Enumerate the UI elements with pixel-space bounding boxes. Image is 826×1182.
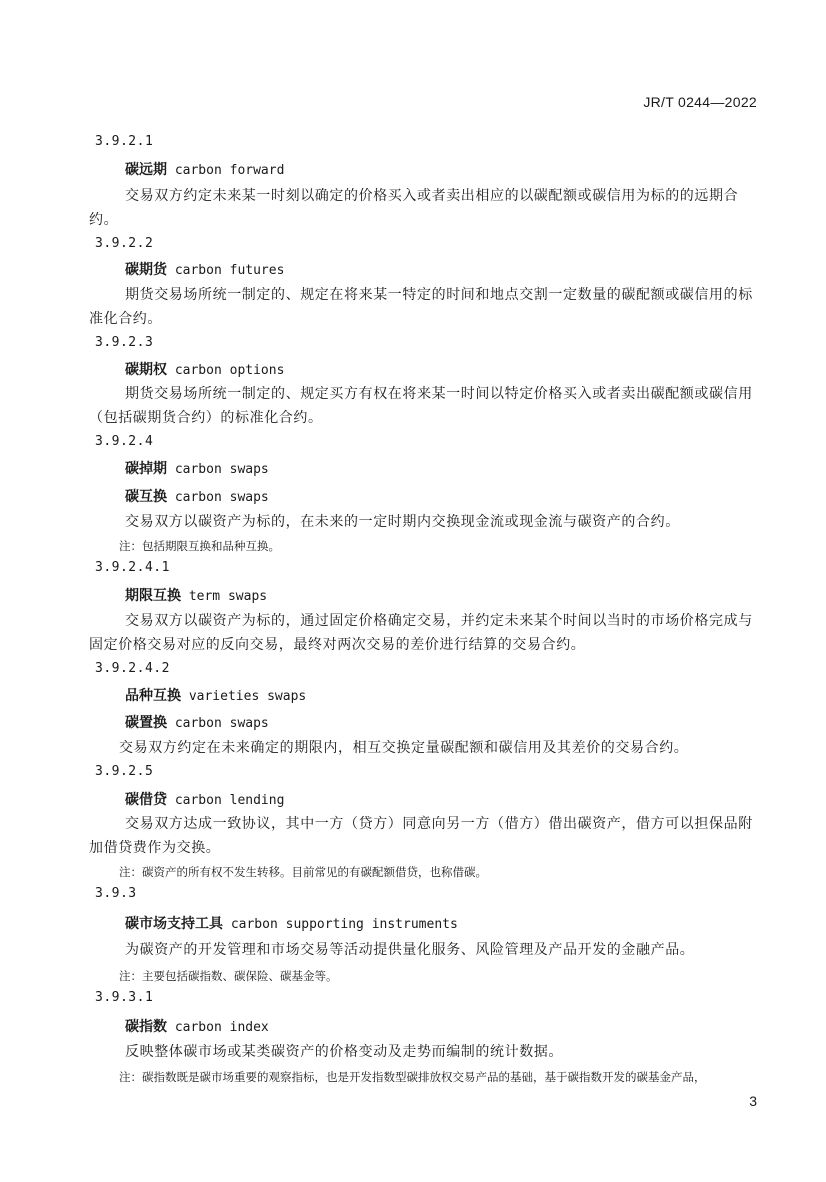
clause-number: 3.9.2.4.2 [95, 659, 170, 679]
term-en: carbon index [167, 1020, 269, 1035]
definition-text: 期货交易场所统一制定的、规定买方有权在将来某一时间以特定价格买入或者卖出碳配额或… [125, 384, 753, 404]
definition-continuation: 准化合约。 [89, 309, 162, 329]
clause-number: 3.9.2.4.1 [95, 558, 170, 578]
term-heading: 碳市场支持工具 carbon supporting instruments [125, 914, 458, 935]
definition-continuation: 约。 [89, 210, 118, 230]
term-zh: 碳期货 [125, 262, 167, 278]
clause-number: 3.9.3.1 [95, 988, 153, 1008]
term-zh: 碳借贷 [125, 792, 167, 808]
term-en: varieties swaps [181, 689, 306, 704]
term-heading: 碳互换 carbon swaps [125, 487, 269, 508]
term-en: term swaps [181, 589, 267, 604]
term-en: carbon options [167, 363, 284, 378]
note-text: 注：碳资产的所有权不发生转移。目前常见的有碳配额借贷，也称借碳。 [119, 862, 487, 882]
note-text: 注：主要包括碳指数、碳保险、碳基金等。 [119, 966, 338, 986]
term-heading: 碳借贷 carbon lending [125, 790, 284, 811]
definition-text: 交易双方以碳资产为标的，通过固定价格确定交易，并约定未来某个时间以当时的市场价格… [125, 611, 753, 631]
definition-text: 反映整体碳市场或某类碳资产的价格变动及走势而编制的统计数据。 [125, 1042, 563, 1062]
definition-text: 交易双方以碳资产为标的，在未来的一定时期内交换现金流或现金流与碳资产的合约。 [125, 512, 680, 532]
clause-number: 3.9.2.2 [95, 234, 153, 254]
term-heading: 碳期权 carbon options [125, 360, 284, 381]
term-en: carbon swaps [167, 716, 269, 731]
definition-continuation: 固定价格交易对应的反向交易，最终对两次交易的差价进行结算的交易合约。 [89, 635, 585, 655]
term-en: carbon lending [167, 793, 284, 808]
term-heading: 品种互换 varieties swaps [125, 686, 306, 707]
term-zh: 碳市场支持工具 [125, 916, 223, 932]
definition-text: 期货交易场所统一制定的、规定在将来某一特定的时间和地点交割一定数量的碳配额或碳信… [125, 285, 753, 305]
term-en: carbon swaps [167, 462, 269, 477]
definition-text: 交易双方达成一致协议，其中一方（贷方）同意向另一方（借方）借出碳资产，借方可以担… [125, 814, 753, 834]
clause-number: 3.9.3 [95, 884, 137, 904]
term-heading: 碳期货 carbon futures [125, 260, 284, 281]
term-heading: 碳掉期 carbon swaps [125, 459, 269, 480]
definition-text: 为碳资产的开发管理和市场交易等活动提供量化服务、风险管理及产品开发的金融产品。 [125, 940, 694, 960]
definition-continuation: 加借贷费作为交换。 [89, 838, 220, 858]
term-zh: 品种互换 [125, 688, 181, 704]
term-zh: 碳置换 [125, 715, 167, 731]
term-en: carbon forward [167, 163, 284, 178]
clause-number: 3.9.2.5 [95, 762, 153, 782]
term-heading: 期限互换 term swaps [125, 586, 267, 607]
document-id-header: JR/T 0244—2022 [643, 94, 757, 110]
term-en: carbon supporting instruments [223, 917, 458, 932]
note-text: 注：碳指数既是碳市场重要的观察指标，也是开发指数型碳排放权交易产品的基础，基于碳… [119, 1067, 706, 1087]
definition-text: 交易双方约定未来某一时刻以确定的价格买入或者卖出相应的以碳配额或碳信用为标的的远… [125, 186, 738, 206]
term-zh: 期限互换 [125, 588, 181, 604]
term-heading: 碳指数 carbon index [125, 1017, 269, 1038]
term-en: carbon swaps [167, 490, 269, 505]
clause-number: 3.9.2.1 [95, 132, 153, 152]
definition-continuation: （包括碳期货合约）的标准化合约。 [89, 408, 323, 428]
term-en: carbon futures [167, 263, 284, 278]
definition-text: 交易双方约定在未来确定的期限内，相互交换定量碳配额和碳信用及其差价的交易合约。 [119, 738, 688, 758]
term-zh: 碳掉期 [125, 461, 167, 477]
term-heading: 碳远期 carbon forward [125, 160, 284, 181]
term-zh: 碳期权 [125, 362, 167, 378]
term-zh: 碳指数 [125, 1019, 167, 1035]
term-zh: 碳远期 [125, 162, 167, 178]
term-heading: 碳置换 carbon swaps [125, 713, 269, 734]
page-number: 3 [749, 1093, 757, 1109]
clause-number: 3.9.2.4 [95, 432, 153, 452]
term-zh: 碳互换 [125, 489, 167, 505]
clause-number: 3.9.2.3 [95, 333, 153, 353]
note-text: 注：包括期限互换和品种互换。 [119, 536, 280, 556]
